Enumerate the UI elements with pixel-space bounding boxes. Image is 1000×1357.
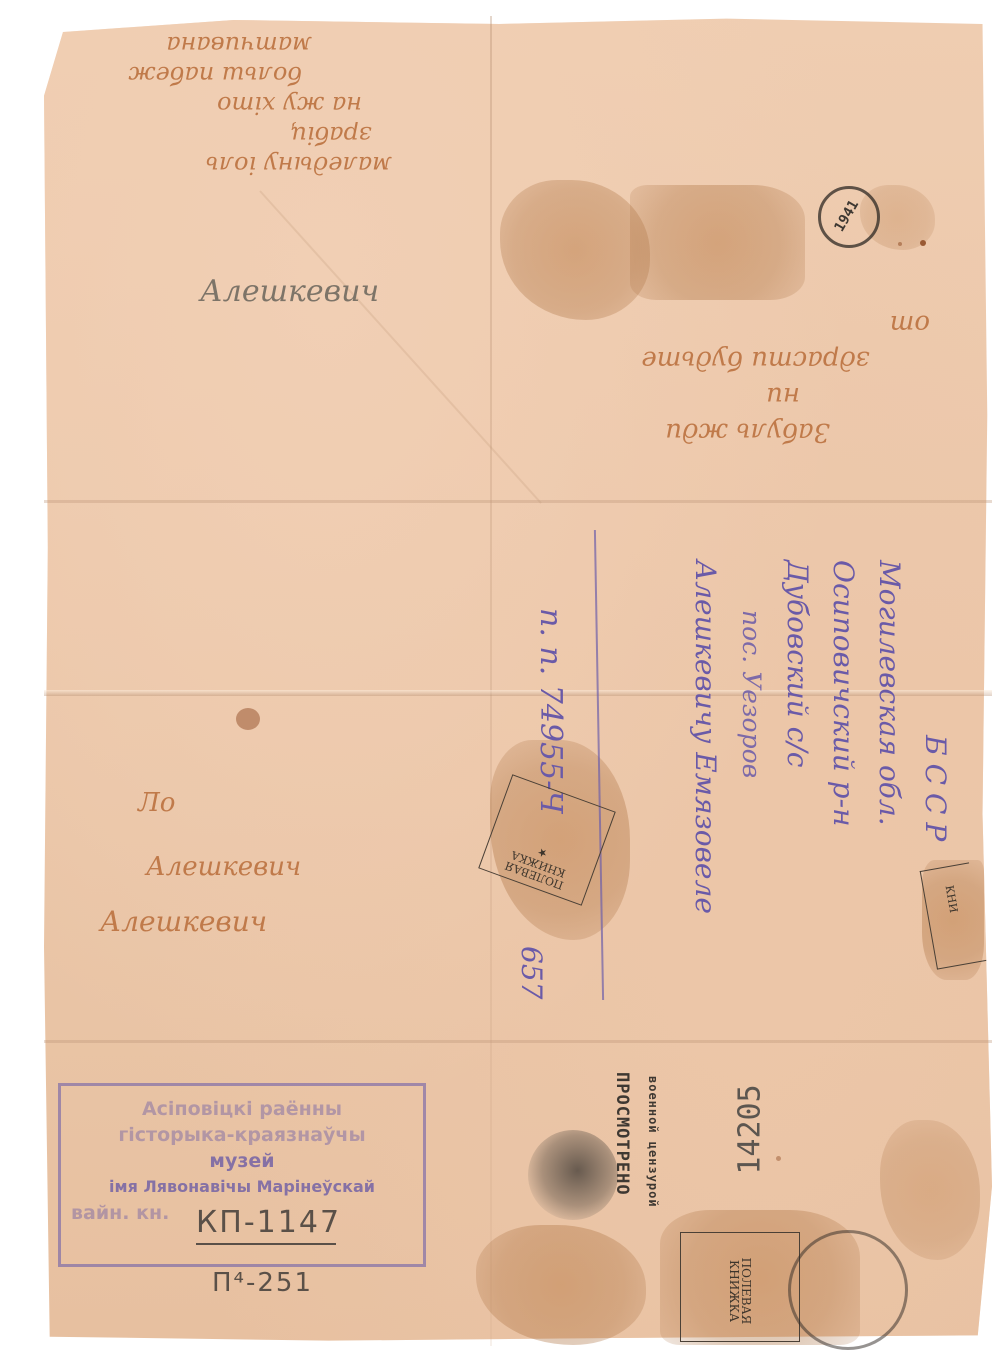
upside-down-note-top-left: маледыну іоль зрабіц на жу хіто больш па… [62,30,392,180]
field-book-label-partial: КНИ [942,884,959,913]
museum-name-line: імя Лявонавічы Марінеўскай [61,1174,423,1200]
upside-down-note-right: 3абуль жди ни здрасти будьте от [570,300,930,450]
museum-name-line: Асіповіцкі раённы [61,1096,423,1122]
ink-spot [236,708,260,730]
signature-prefix: Ло [138,788,175,818]
address-line-republic: БССР [912,560,958,914]
signature-name-2: Алешкевич [100,905,267,938]
museum-name-line: гісторыка-краязнаўчы [61,1122,423,1148]
note-line: ни [570,378,930,414]
censor-stamp-viewed: ПРОСМОТРЕНО [612,1072,632,1196]
address-line-recipient: Алешкевичу Емязовеле [682,560,728,914]
museum-name-line: музей [61,1148,423,1174]
note-line: маледыну іоль [62,150,392,180]
censor-stamp-military: военной цензурой [646,1076,660,1208]
note-line: матчивана [62,30,392,60]
postal-cancellation-ring [788,1230,908,1350]
ink-spot [898,242,902,246]
address-line-region: Могилевская обл. [866,560,912,914]
fold-line-vertical [490,16,492,1346]
fold-line-horizontal [44,1040,992,1043]
coat-of-arms-emblem [528,1130,618,1220]
note-line: от [570,306,930,342]
field-book-stamp-bottom: ПОЛЕВАЯ КНИЖКА [680,1232,800,1342]
field-post-suffix: 657 [515,946,548,999]
note-line: больш пабеж [62,60,392,90]
address-line-settlement: пос. Уезоров [728,560,774,914]
note-line: зрабіц [62,120,392,150]
address-line-village-council: Дубовский с/с [774,560,820,914]
paper-stain [630,185,805,300]
ink-spot [776,1156,781,1161]
recipient-address: БССР Могилевская обл. Осиповичский р-н Д… [682,560,958,914]
address-line-district: Осиповичский р-н [820,560,866,914]
field-book-label-bottom: ПОЛЕВАЯ КНИЖКА [728,1246,752,1336]
note-line: на жу хіто [62,90,392,120]
censor-number: 14205 [733,1084,768,1174]
signature-top: Алешкевич [200,274,379,309]
inventory-number: П⁴-251 [212,1268,313,1298]
ink-spot [920,240,926,246]
signature-name-1: Алешкевич [146,852,301,882]
note-line: 3абуль жди [570,414,930,450]
note-line: здрасти будьте [570,342,930,378]
accession-underline [196,1243,336,1245]
fold-line-horizontal [44,500,992,503]
accession-number: КП-1147 [196,1205,341,1240]
